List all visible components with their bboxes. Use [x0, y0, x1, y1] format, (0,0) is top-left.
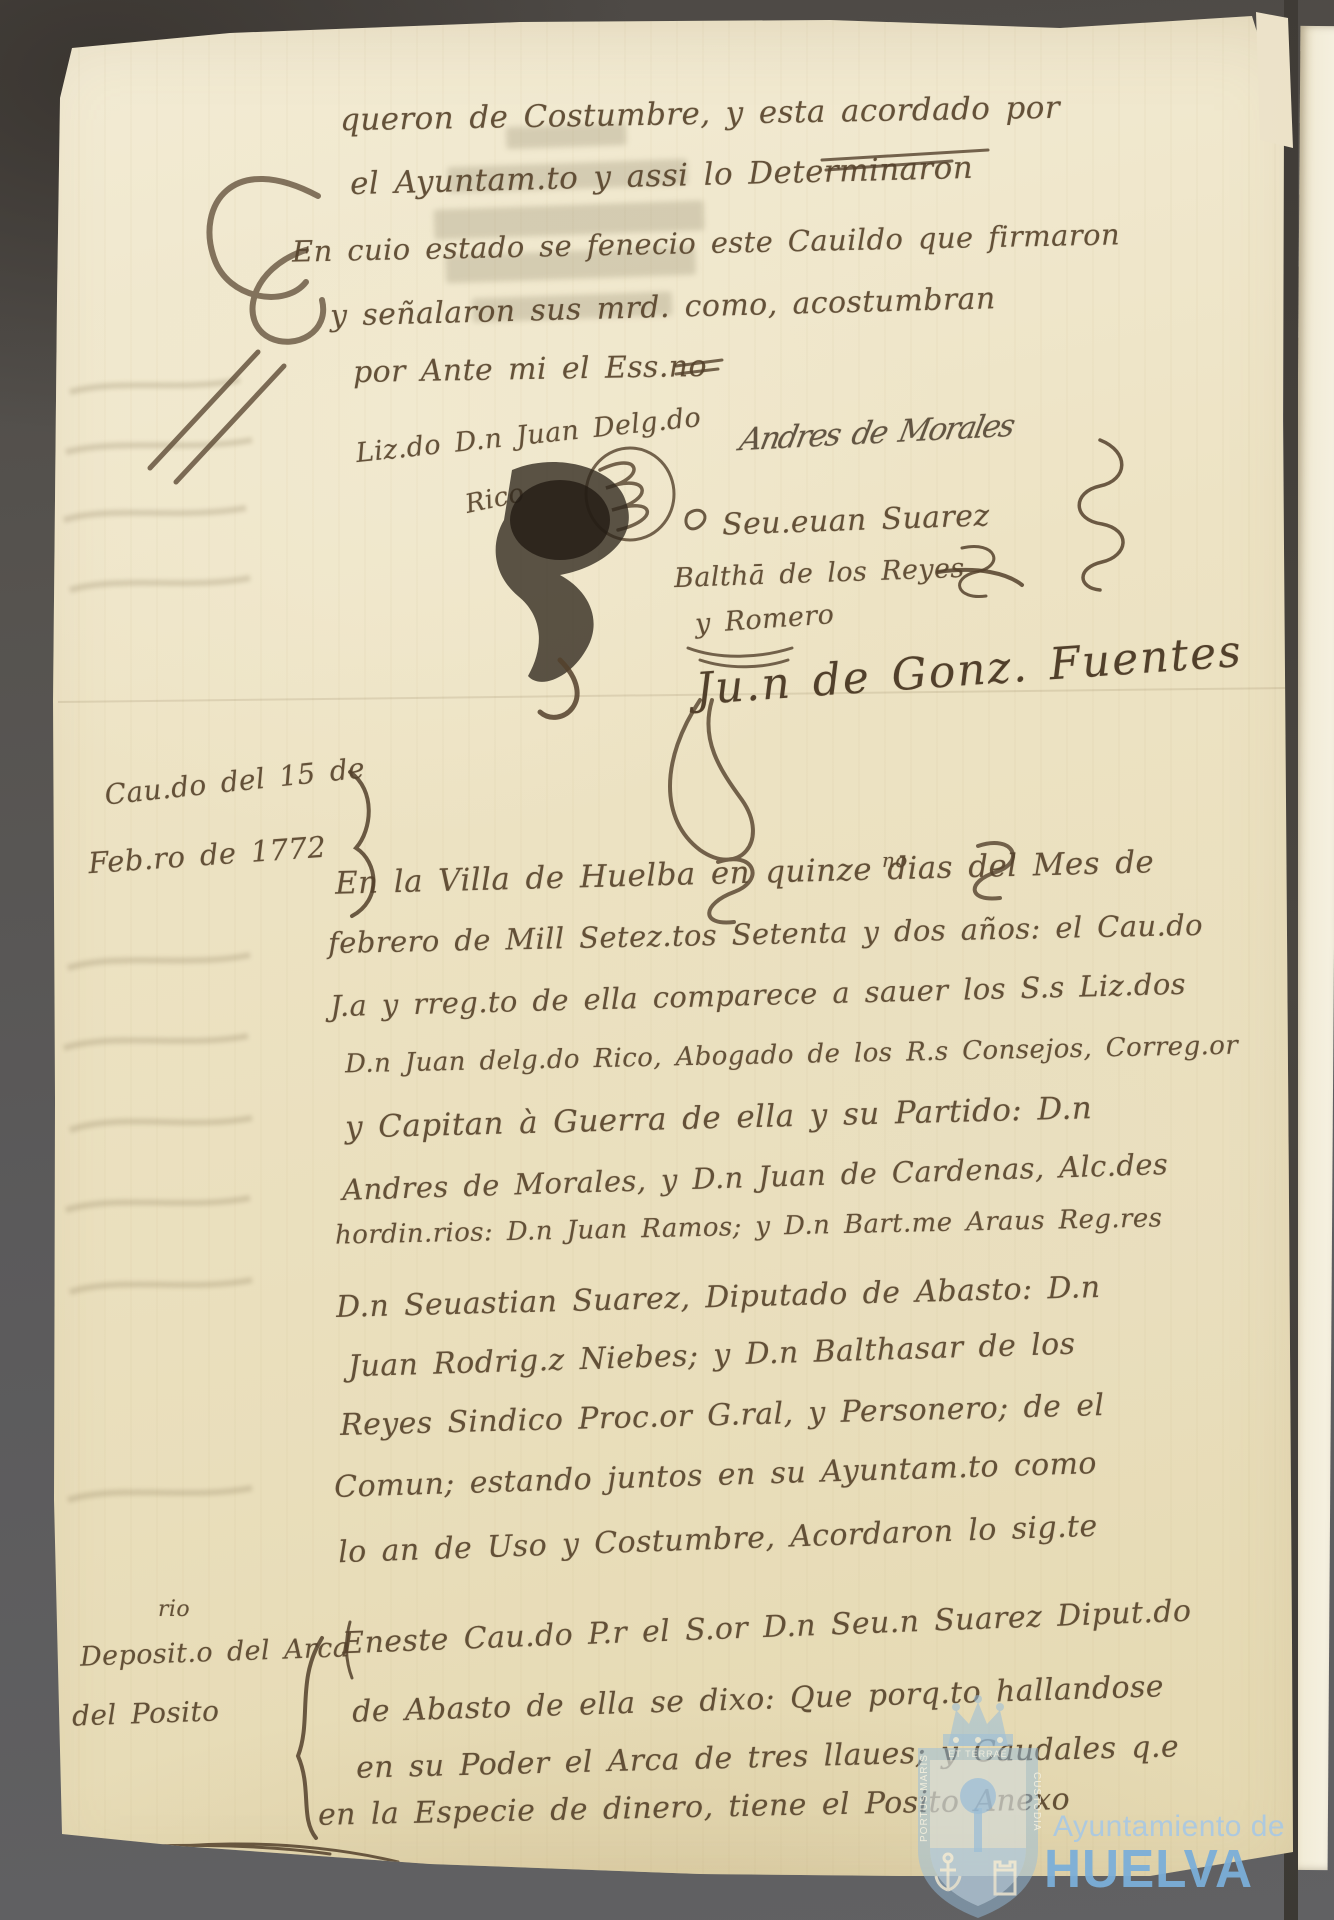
heavy-ink-blot: [496, 462, 629, 717]
margin-brace-cabildo: [350, 772, 374, 916]
manuscript-page: queron de Costumbre, y esta acordado por…: [0, 0, 1334, 1920]
scan-background: queron de Costumbre, y esta acordado por…: [0, 0, 1334, 1920]
romero-underline: [688, 648, 792, 667]
ink-flourishes-svg: [0, 0, 1334, 1920]
margin-brace-deposito: [298, 1622, 352, 1838]
dash-after-escribano: [676, 360, 722, 374]
bottom-left-flourish: [66, 1844, 398, 1879]
fuentes-flourish: [670, 700, 1013, 922]
suarez-knot: [686, 510, 994, 596]
double-slash-rubric: [150, 352, 284, 482]
dash-after-determinaron: [822, 150, 988, 170]
morales-knot-chain: [1079, 440, 1123, 590]
reyes-strike: [938, 570, 1022, 585]
ornate-capital-e: [209, 179, 323, 342]
